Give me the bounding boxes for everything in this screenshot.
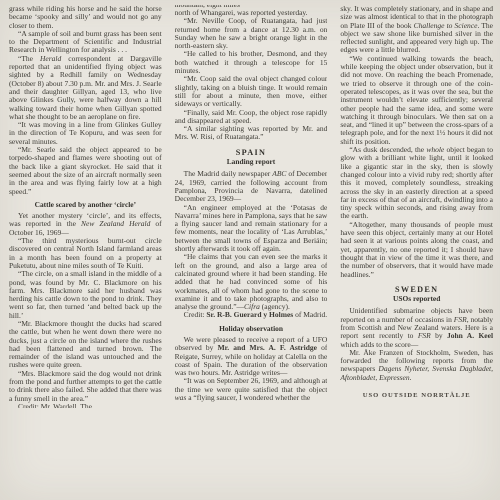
paragraph: “Altogether, many thousands of people mu…	[340, 221, 493, 279]
paragraph: Mr. Åke Franzen of Stockholm, Sweden, ha…	[340, 349, 493, 382]
paragraph: “He called to his brother, Desmond, and …	[175, 50, 328, 75]
heading-holiday-observation: Holiday observation	[175, 325, 328, 333]
paragraph: “Mr. Searle said the object appeared to …	[9, 146, 162, 196]
paragraph: “Finally, said Mr. Coop, the object rose…	[175, 109, 328, 126]
paragraph: Yet another mystery ‘circle’, and its ef…	[9, 212, 162, 237]
text-segment-italic: New Zealand Herald	[81, 219, 150, 228]
paragraph: Unidentified submarine objects have been…	[340, 307, 493, 348]
heading-spain: SPAIN	[175, 149, 328, 157]
text-segment: a “flying saucer, I wondered whether the	[186, 393, 310, 402]
text-column-right: sky. It was completely stationary, and i…	[340, 5, 493, 500]
paragraph: “We continued walking towards the beach,…	[340, 55, 493, 146]
text-segment: by	[431, 331, 447, 340]
paragraph: “Mrs. Blackmore said the dog would not d…	[9, 370, 162, 403]
text-segment: of Madrid.	[293, 310, 327, 319]
text-segment: object began to glow with a brilliant wh…	[340, 145, 493, 220]
credit-line: Credit: Sr. R-B. Guerard y Holmes of Mad…	[175, 311, 328, 319]
heading-usos-reported: USOs reported	[340, 295, 493, 303]
paragraph: “He claims that you can even see the mar…	[175, 253, 328, 311]
paragraph: “A similar sighting was reported by Mr. …	[175, 125, 328, 142]
text-segment-italic: was	[175, 393, 187, 402]
paragraph: grass while riding his horse and he said…	[9, 5, 162, 30]
text-segment-bold: John A. Keel	[447, 331, 493, 340]
heading-landing-report: Landing report	[175, 158, 328, 166]
paragraph: “The third mysterious burnt-out circle d…	[9, 237, 162, 270]
paragraph: “Mr. Blackmore thought the ducks had sca…	[9, 320, 162, 370]
paragraph: We were pleased to receive a report of a…	[175, 336, 328, 377]
text-segment: Credit:	[184, 310, 207, 319]
text-column-middle: mountain, eight miles north of Whangarei…	[175, 5, 328, 500]
paragraph: “It was on September 26, 1969, and altho…	[175, 377, 328, 402]
heading-uso-outside-norrtalje: USO OUTSIDE NORRTÄLJE	[340, 392, 493, 400]
heading-sweden: SWEDEN	[340, 286, 493, 294]
clipped-top-line: mountain, eight miles	[175, 5, 328, 9]
paragraph: “Mr. Coop said the oval object changed c…	[175, 75, 328, 108]
text-segment: mountain, eight miles	[175, 5, 328, 9]
text-segment-italic: FSR	[418, 331, 431, 340]
text-column-left: grass while riding his horse and he said…	[9, 5, 162, 500]
paragraph: “As dusk descended, the whole object beg…	[340, 146, 493, 221]
scanned-document-page: grass while riding his horse and he said…	[0, 0, 500, 500]
heading-cattle-scared: Cattle scared by another ‘circle’	[9, 201, 162, 209]
text-segment: correspondent at Dargaville reported tha…	[9, 54, 162, 121]
clipped-credit-line: Credit: Mr. Wardell, The	[9, 403, 162, 408]
paragraph: sky. It was completely stationary, and i…	[340, 5, 493, 55]
paragraph: “It was moving in a line from Glinkes Gu…	[9, 121, 162, 146]
text-segment: Credit: Mr. Wardell, The	[9, 403, 162, 408]
paragraph: “A sample of soil and burnt grass has be…	[9, 30, 162, 55]
text-segment-bold: Sr. R-B. Guerard y Holmes	[206, 310, 293, 319]
paragraph: The Madrid daily newspaper ABC of Decemb…	[175, 170, 328, 203]
paragraph: “The Herald correspondent at Dargaville …	[9, 55, 162, 121]
paragraph: “An engineer employed at the ‘Potasas de…	[175, 204, 328, 254]
text-segment: “It was on September 26, 1969, and altho…	[175, 376, 328, 393]
paragraph: “Mr. Neville Coop, of Ruatangata, had ju…	[175, 17, 328, 50]
text-segment: .	[410, 373, 412, 382]
paragraph: “The circle, on a small island in the mi…	[9, 270, 162, 320]
